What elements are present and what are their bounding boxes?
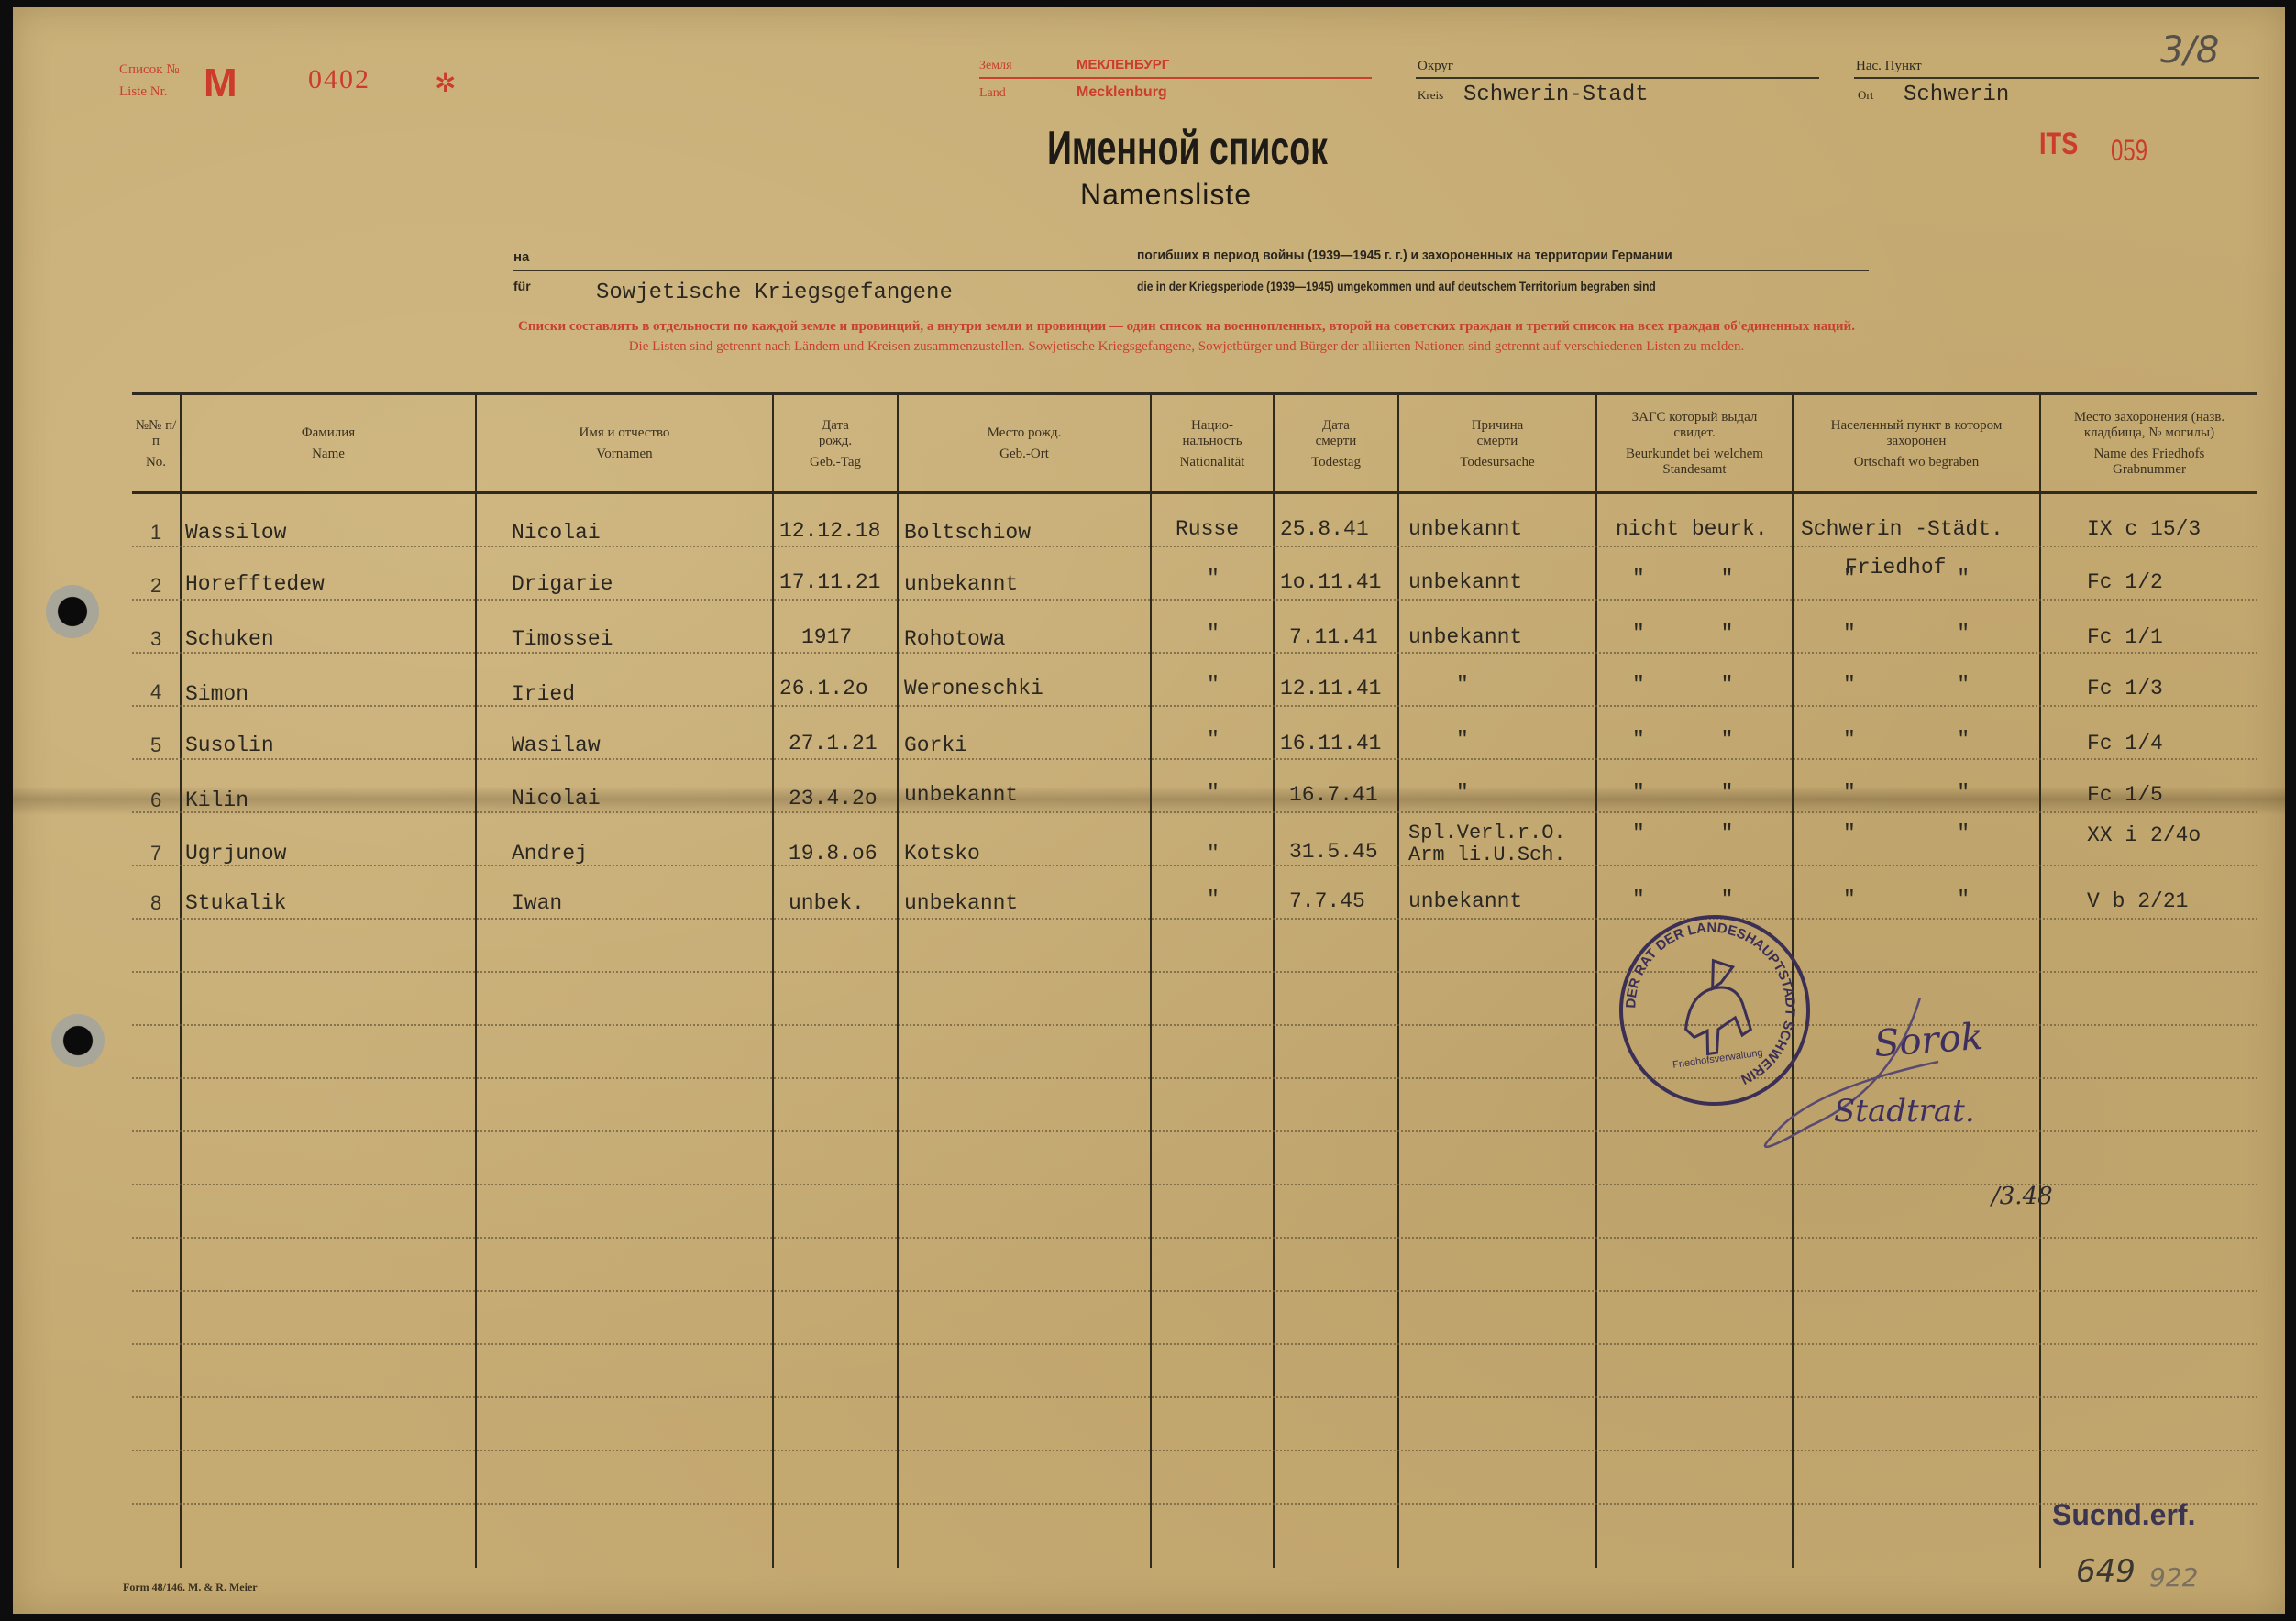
cell-todesursache: "	[1456, 781, 1469, 805]
col-header-de: Geb.-Tag	[810, 455, 861, 470]
cell-standesamt: " "	[1632, 622, 1733, 645]
subtitle-ru: погибших в период войны (1939—1945 г. г.…	[1137, 248, 1672, 263]
col-divider	[1273, 392, 1275, 1568]
land-value-de: Mecklenburg	[1076, 84, 1167, 101]
cell-nationalitaet: "	[1207, 842, 1220, 866]
list-label-de: Liste Nr.	[119, 84, 168, 100]
cell-todesursache: Spl.Verl.r.O.	[1408, 822, 1566, 844]
cell-geb-tag: 26.1.2o	[779, 677, 868, 700]
row-rule	[132, 599, 2257, 601]
category-value: Sowjetische Kriegsgefangene	[596, 281, 953, 305]
okrug-label-ru: Округ	[1418, 59, 1453, 74]
cell-grab: IX c 15/3	[2087, 517, 2201, 541]
land-label-de: Land	[979, 86, 1006, 101]
col-header-de: Geb.-Ort	[999, 447, 1049, 462]
cell-geb-ort: unbekannt	[904, 572, 1018, 596]
col-header-name: Фамилия Name	[182, 398, 475, 490]
na-label: на	[513, 249, 529, 265]
land-value-ru: МЕКЛЕНБУРГ	[1076, 57, 1169, 72]
cell-grab: V b 2/21	[2087, 889, 2188, 913]
cell-ortschaft: " "	[1843, 728, 1970, 752]
row-rule	[132, 918, 2257, 920]
col-divider	[1397, 392, 1399, 1568]
cell-nationalitaet: Russe	[1176, 517, 1239, 541]
cell-ortschaft: " "	[1843, 673, 1970, 697]
cell-todestag: 25.8.41	[1280, 517, 1369, 541]
row-rule	[132, 1343, 2257, 1345]
pencil-number: 649	[2076, 1553, 2136, 1590]
cell-grab: Fc 1/5	[2087, 783, 2163, 807]
col-header-nationalitaet: Нацио-нальность Nationalität	[1152, 398, 1273, 490]
punkt-label-ru: Нас. Пункт	[1856, 59, 1922, 74]
list-number: 0402	[308, 64, 370, 95]
col-header-de: Todesursache	[1460, 455, 1534, 470]
cell-standesamt: " "	[1632, 822, 1733, 845]
cell-nationalitaet: "	[1207, 781, 1220, 805]
list-label-ru: Список №	[119, 62, 180, 78]
asterisk-icon: ✲	[435, 68, 456, 99]
signature-flourish-icon	[1755, 998, 1957, 1163]
page-annotation: 3/8	[2160, 29, 2219, 72]
list-letter: M	[204, 61, 237, 106]
col-divider	[1150, 392, 1152, 1568]
row-number: 1	[150, 521, 161, 545]
cell-standesamt: " "	[1632, 728, 1733, 752]
cell-grab: Fc 1/1	[2087, 625, 2163, 649]
cell-geb-ort: Boltschiow	[904, 521, 1031, 545]
col-header-ortschaft: Населенный пункт в котором захоронен Ort…	[1794, 398, 2039, 490]
cell-name: Stukalik	[185, 891, 286, 915]
row-number: 4	[150, 680, 161, 704]
cell-vorname: Nicolai	[512, 787, 601, 810]
cell-ortschaft: Schwerin -Städt.	[1801, 517, 2003, 541]
cell-todesursache: unbekannt	[1408, 570, 1522, 594]
row-rule	[132, 705, 2257, 707]
cell-name: Horefftedew	[185, 572, 325, 596]
cell-todestag: 1o.11.41	[1280, 570, 1381, 594]
row-rule	[132, 652, 2257, 654]
its-number: 059	[2111, 134, 2147, 168]
cell-geb-tag: 17.11.21	[779, 570, 880, 594]
cell-vorname: Nicolai	[512, 521, 601, 545]
col-header-vornamen: Имя и отчество Vornamen	[477, 398, 772, 490]
row-rule	[132, 1290, 2257, 1292]
cell-todesursache: "	[1456, 728, 1469, 752]
col-header-no: №№ п/п No.	[132, 398, 180, 490]
cell-geb-tag: unbek.	[789, 891, 865, 915]
col-header-ru: Населенный пункт в котором захоронен	[1825, 418, 2008, 449]
table-header-rule	[132, 491, 2257, 494]
ort-value: Schwerin	[1904, 83, 2009, 107]
col-header-ru: Фамилия	[302, 425, 355, 441]
cell-nationalitaet: "	[1207, 567, 1220, 590]
cell-vorname: Iried	[512, 682, 575, 706]
cell-vorname: Iwan	[512, 891, 562, 915]
status-stamp: Sucnd.erf.	[2052, 1498, 2195, 1532]
row-rule	[132, 811, 2257, 813]
form-label: Form 48/146. M. & R. Meier	[123, 1581, 258, 1594]
kreis-label-de: Kreis	[1418, 88, 1443, 103]
col-divider	[897, 392, 899, 1568]
col-header-de: Vornamen	[596, 447, 652, 462]
cell-name: Schuken	[185, 627, 274, 651]
col-header-de: Nationalität	[1180, 455, 1245, 470]
page-title-ru: Именной список	[1047, 121, 1328, 176]
cell-geb-ort: Kotsko	[904, 842, 980, 866]
cell-standesamt: nicht beurk.	[1616, 517, 1768, 541]
kreis-underline	[1416, 77, 1819, 79]
cell-grab: Fc 1/4	[2087, 732, 2163, 755]
col-divider	[475, 392, 477, 1568]
cell-grab: Fc 1/2	[2087, 570, 2163, 594]
cell-todestag: 16.11.41	[1280, 732, 1381, 755]
col-header-grab: Место захоронения (назв. кладбища, № мог…	[2041, 398, 2257, 490]
cell-standesamt: " "	[1632, 781, 1733, 805]
instructions-ru: Списки составлять в отдельности по каждо…	[288, 319, 2085, 335]
cell-name: Ugrjunow	[185, 842, 286, 866]
page-title-de: Namensliste	[1080, 178, 1252, 212]
subtitle-underline	[513, 270, 1869, 271]
cell-todestag: 31.5.45	[1289, 840, 1378, 864]
cell-name: Susolin	[185, 733, 274, 757]
land-label-ru: Земля	[979, 59, 1012, 73]
cell-ortschaft: " "	[1843, 622, 1970, 645]
row-rule	[132, 546, 2257, 547]
signature-title: Stadtrat.	[1834, 1093, 1975, 1130]
cell-geb-tag: 23.4.2o	[789, 787, 878, 810]
cell-geb-ort: Gorki	[904, 733, 967, 757]
row-rule	[132, 758, 2257, 760]
row-number: 6	[150, 788, 161, 812]
row-number: 3	[150, 627, 161, 651]
cell-nationalitaet: "	[1207, 728, 1220, 752]
names-table: №№ п/п No. Фамилия Name Имя и отчество V…	[132, 392, 2257, 1566]
pencil-number-2: 922	[2149, 1562, 2198, 1593]
cell-vorname: Timossei	[512, 627, 613, 651]
row-rule	[132, 1237, 2257, 1239]
cell-geb-tag: 27.1.21	[789, 732, 878, 755]
cell-geb-tag: 1917	[801, 625, 852, 649]
cell-name: Simon	[185, 682, 248, 706]
row-rule	[132, 1503, 2257, 1505]
ort-underline	[1854, 77, 2259, 79]
cell-geb-ort: Weroneschki	[904, 677, 1043, 700]
cell-ortschaft: " "	[1843, 781, 1970, 805]
col-header-de: Todestag	[1311, 455, 1361, 470]
cell-vorname: Drigarie	[512, 572, 613, 596]
cell-ortschaft: " "	[1843, 888, 1970, 911]
col-header-ru: Причина смерти	[1461, 418, 1534, 449]
row-rule	[132, 1396, 2257, 1398]
col-header-ru: ЗАГС который выдал свидет.	[1630, 410, 1759, 441]
cell-ortschaft: " "	[1843, 567, 1970, 590]
cell-geb-ort: unbekannt	[904, 783, 1018, 807]
cell-todesursache: "	[1456, 673, 1469, 697]
cell-todestag: 12.11.41	[1280, 677, 1381, 700]
col-header-de: Ortschaft wo begraben	[1854, 455, 1980, 470]
col-header-todesursache: Причина смерти Todesursache	[1399, 398, 1595, 490]
col-header-ru: Место захоронения (назв. кладбища, № мог…	[2067, 410, 2232, 441]
col-divider	[2039, 392, 2041, 1568]
cell-grab: XX i 2/4o	[2087, 823, 2201, 847]
cell-name: Kilin	[185, 788, 248, 812]
punch-hole-top	[46, 585, 99, 638]
cell-vorname: Wasilaw	[512, 733, 601, 757]
row-rule	[132, 971, 2257, 973]
instructions-de: Die Listen sind getrennt nach Ländern un…	[288, 339, 2085, 355]
subtitle-de: die in der Kriegsperiode (1939—1945) umg…	[1137, 279, 1656, 293]
cell-standesamt: " "	[1632, 673, 1733, 697]
row-rule	[132, 1184, 2257, 1185]
cell-todestag: 16.7.41	[1289, 783, 1378, 807]
cell-geb-ort: unbekannt	[904, 891, 1018, 915]
col-header-ru: Дата смерти	[1304, 418, 1368, 449]
col-header-ru: Имя и отчество	[580, 425, 670, 441]
cell-nationalitaet: "	[1207, 888, 1220, 911]
cell-geb-ort: Rohotowa	[904, 627, 1005, 651]
cell-geb-tag: 19.8.o6	[789, 842, 878, 866]
col-divider	[180, 392, 182, 1568]
table-top-rule	[132, 392, 2257, 395]
col-header-de: Name	[312, 447, 345, 462]
kreis-value: Schwerin-Stadt	[1463, 83, 1649, 107]
cell-standesamt: " "	[1632, 567, 1733, 590]
col-header-geb-ort: Место рожд. Geb.-Ort	[899, 398, 1150, 490]
cell-vorname: Andrej	[512, 842, 588, 866]
cell-todesursache: unbekannt	[1408, 517, 1522, 541]
cell-ortschaft: " "	[1843, 822, 1970, 845]
initials-date: /3.48	[1992, 1183, 2053, 1210]
cell-name: Wassilow	[185, 521, 286, 545]
row-number: 8	[150, 891, 161, 915]
cell-todesursache: unbekannt	[1408, 625, 1522, 649]
cell-geb-tag: 12.12.18	[779, 519, 880, 543]
col-header-standesamt: ЗАГС который выдал свидет. Beurkundet be…	[1597, 398, 1792, 490]
punch-hole-bottom	[51, 1014, 105, 1067]
col-header-ru: №№ п/п	[132, 418, 180, 449]
col-header-de: Name des Friedhofs Grabnummer	[2076, 447, 2223, 478]
row-number: 2	[150, 574, 161, 598]
cell-standesamt: " "	[1632, 888, 1733, 911]
row-rule	[132, 865, 2257, 866]
col-header-geb-tag: Дата рожд. Geb.-Tag	[774, 398, 897, 490]
land-underline	[979, 77, 1372, 79]
cell-nationalitaet: "	[1207, 622, 1220, 645]
document-page: Список № Liste Nr. M 0402 ✲ Земля МЕКЛЕН…	[13, 7, 2285, 1614]
cell-grab: Fc 1/3	[2087, 677, 2163, 700]
cell-todesursache-line2: Arm li.U.Sch.	[1408, 844, 1566, 866]
col-header-ru: Место рожд.	[988, 425, 1062, 441]
col-header-de: Beurkundet bei welchem Standesamt	[1612, 447, 1777, 478]
row-rule	[132, 1450, 2257, 1451]
col-divider	[772, 392, 774, 1568]
ort-label-de: Ort	[1858, 88, 1873, 103]
row-number: 7	[150, 842, 161, 866]
cell-todesursache: unbekannt	[1408, 889, 1522, 913]
cell-todestag: 7.11.41	[1289, 625, 1378, 649]
col-header-todestag: Дата смерти Todestag	[1275, 398, 1397, 490]
col-header-de: No.	[146, 455, 166, 470]
its-stamp: ITS	[2039, 127, 2078, 162]
col-divider	[1595, 392, 1597, 1568]
fur-label: für	[513, 279, 531, 293]
col-header-ru: Нацио-нальность	[1171, 418, 1253, 449]
col-header-ru: Дата рожд.	[808, 418, 863, 449]
cell-nationalitaet: "	[1207, 673, 1220, 697]
cell-todestag: 7.7.45	[1289, 889, 1365, 913]
row-number: 5	[150, 733, 161, 757]
